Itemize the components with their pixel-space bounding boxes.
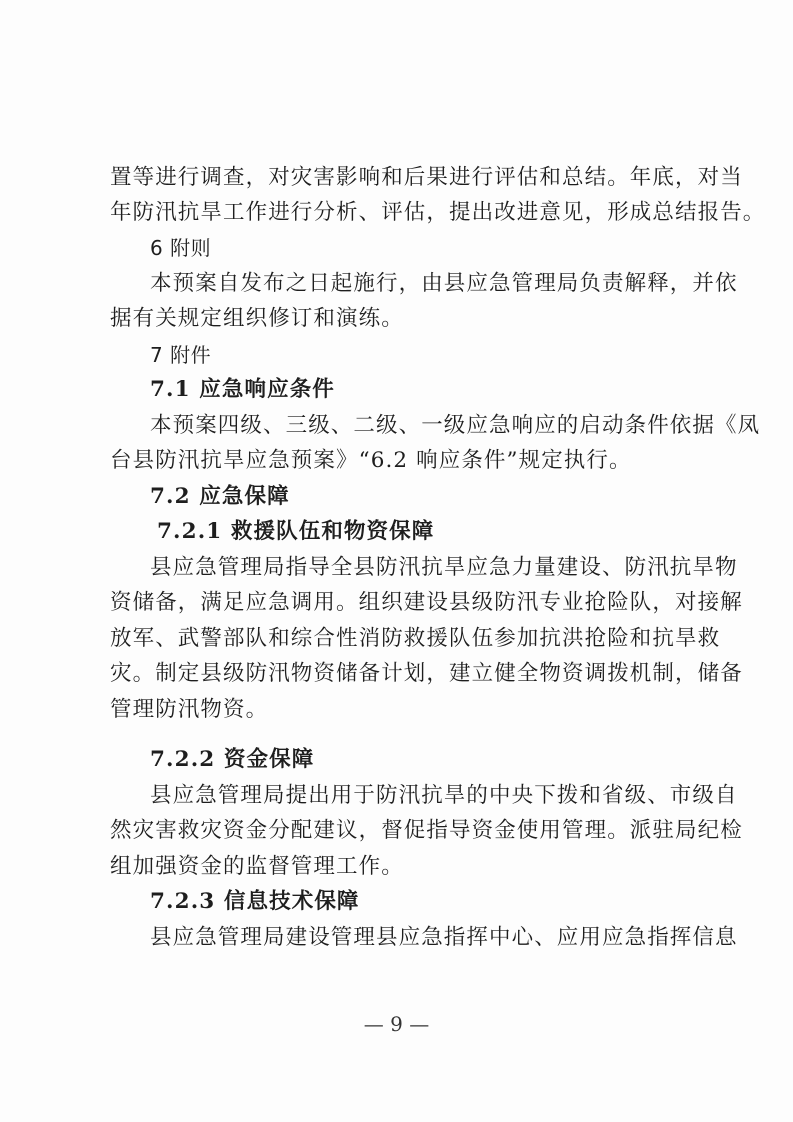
body-line: 然灾害救灾资金分配建议，督促指导资金使用管理。派驻局纪检 <box>110 816 700 846</box>
section-heading: 7 附件 <box>150 340 740 370</box>
body-line: 台县防汛抗旱应急预案》“6.2 响应条件”规定执行。 <box>110 446 700 476</box>
body-line: 县应急管理局提出用于防汛抗旱的中央下拨和省级、市级自 <box>150 781 740 811</box>
body-line: 本预案四级、三级、二级、一级应急响应的启动条件依据《凤 <box>150 411 740 441</box>
body-line: 管理防汛物资。 <box>110 695 700 725</box>
body-line: 县应急管理局建设管理县应急指挥中心、应用应急指挥信息 <box>150 923 740 953</box>
subsection-heading: 7.2.3 信息技术保障 <box>150 887 740 917</box>
page-number: — 9 — <box>0 1012 793 1036</box>
body-line: 组加强资金的监督管理工作。 <box>110 852 700 882</box>
body-line: 资储备，满足应急调用。组织建设县级防汛专业抢险队，对接解 <box>110 588 700 618</box>
body-line: 县应急管理局指导全县防汛抗旱应急力量建设、防汛抗旱物 <box>150 553 740 583</box>
subsection-heading: 7.2 应急保障 <box>150 482 740 512</box>
body-line: 本预案自发布之日起施行，由县应急管理局负责解释，并依 <box>150 269 740 299</box>
section-heading: 6 附则 <box>150 233 740 263</box>
body-line: 放军、武警部队和综合性消防救援队伍参加抗洪抢险和抗旱救 <box>110 624 700 654</box>
body-line: 灾。制定县级防汛物资储备计划，建立健全物资调拨机制，储备 <box>110 659 700 689</box>
subsection-heading: 7.2.1 救援队伍和物资保障 <box>157 517 747 547</box>
body-line: 置等进行调查，对灾害影响和后果进行评估和总结。年底，对当 <box>110 163 700 193</box>
body-line: 据有关规定组织修订和演练。 <box>110 304 700 334</box>
subsection-heading: 7.1 应急响应条件 <box>150 375 740 405</box>
subsection-heading: 7.2.2 资金保障 <box>150 745 740 775</box>
body-line: 年防汛抗旱工作进行分析、评估，提出改进意见，形成总结报告。 <box>110 198 700 228</box>
